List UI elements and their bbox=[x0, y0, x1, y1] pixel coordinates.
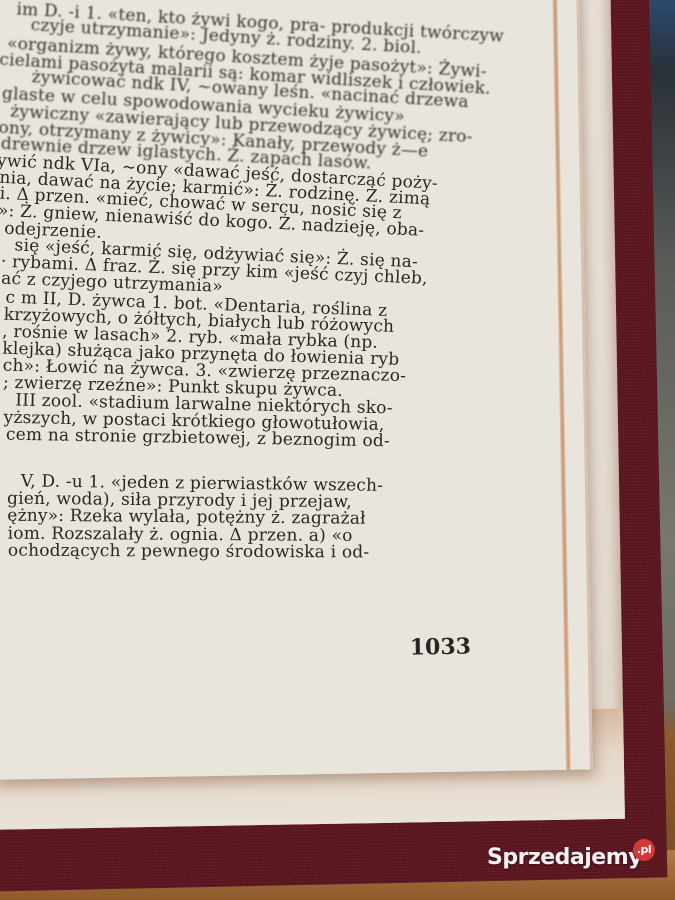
watermark-text: Sprzedajemy bbox=[487, 845, 642, 870]
dictionary-text: im D. -i 1. «ten, kto żywi kogo, pra- pr… bbox=[0, 0, 467, 680]
dictionary-page: im D. -i 1. «ten, kto żywi kogo, pra- pr… bbox=[0, 0, 593, 780]
page-gutter-line bbox=[552, 0, 571, 770]
text-line: ochodzących z pewnego środowiska i od- bbox=[8, 541, 369, 563]
watermark-badge: .pl bbox=[633, 839, 655, 861]
sprzedajemy-watermark: Sprzedajemy .pl bbox=[487, 845, 642, 870]
page-number: 1033 bbox=[409, 634, 471, 661]
